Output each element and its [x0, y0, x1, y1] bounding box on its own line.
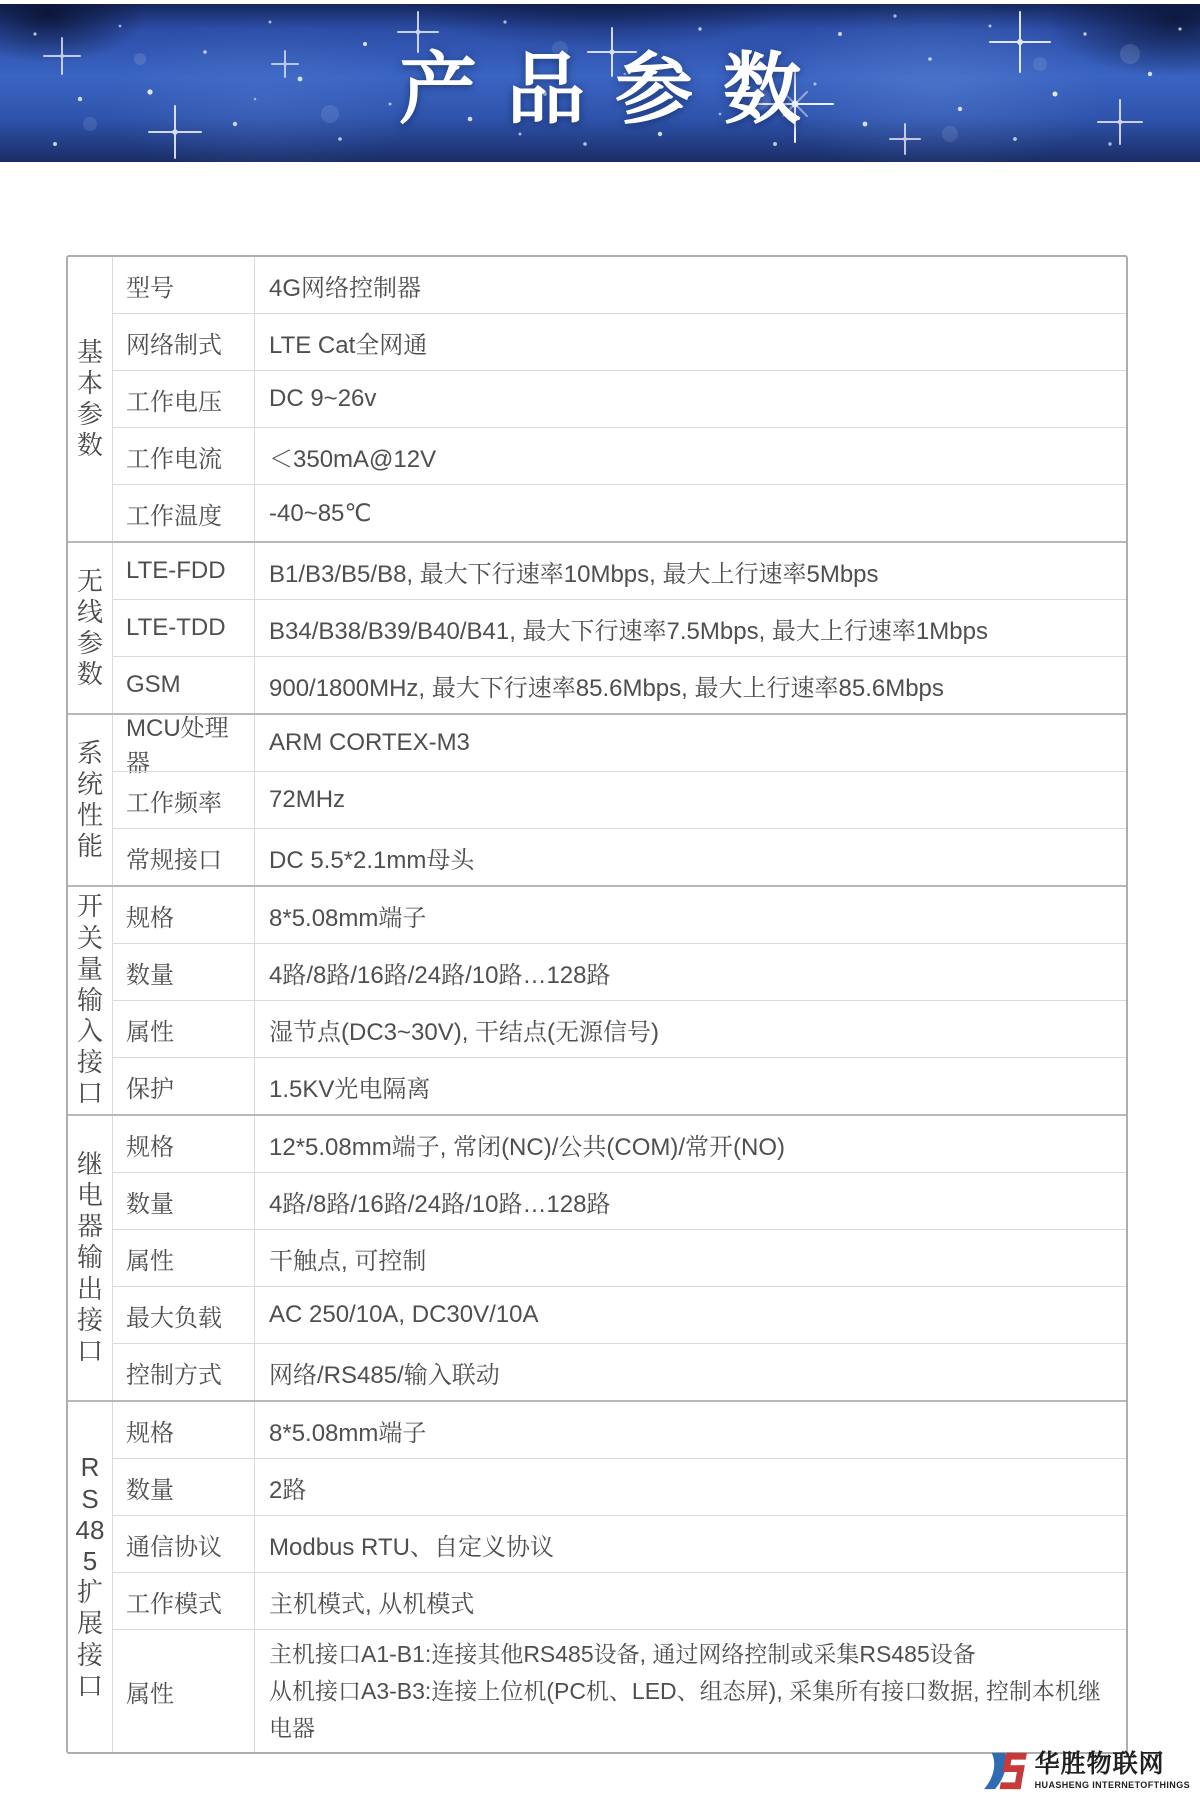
spec-group-wireless: 无线参数 LTE-FDD B1/B3/B5/B8, 最大下行速率10Mbps, … [68, 541, 1126, 713]
group-rows: 型号 4G网络控制器 网络制式 LTE Cat全网通 工作电压 DC 9~26v… [113, 257, 1126, 541]
row-value: 8*5.08mm端子 [255, 887, 1126, 943]
row-value: 2路 [255, 1459, 1126, 1515]
group-rows: 规格 8*5.08mm端子 数量 4路/8路/16路/24路/10路…128路 … [113, 887, 1126, 1114]
spec-table: 基本参数 型号 4G网络控制器 网络制式 LTE Cat全网通 工作电压 DC … [66, 255, 1128, 1754]
table-row: 常规接口 DC 5.5*2.1mm母头 [113, 828, 1126, 885]
spec-group-digital-input: 开关量输入接口 规格 8*5.08mm端子 数量 4路/8路/16路/24路/1… [68, 885, 1126, 1114]
group-label-cell: 基本参数 [68, 257, 113, 541]
table-row: 保护 1.5KV光电隔离 [113, 1057, 1126, 1114]
row-value: 主机模式, 从机模式 [255, 1573, 1126, 1629]
row-value: 72MHz [255, 772, 1126, 828]
table-row: 数量 4路/8路/16路/24路/10路…128路 [113, 943, 1126, 1000]
row-label: 工作模式 [113, 1573, 255, 1629]
row-value: DC 9~26v [255, 371, 1126, 427]
table-row: 网络制式 LTE Cat全网通 [113, 313, 1126, 370]
group-rows: MCU处理器 ARM CORTEX-M3 工作频率 72MHz 常规接口 DC … [113, 715, 1126, 885]
table-row: 型号 4G网络控制器 [113, 257, 1126, 313]
table-row: 属性 主机接口A1-B1:连接其他RS485设备, 通过网络控制或采集RS485… [113, 1629, 1126, 1752]
row-label: 控制方式 [113, 1344, 255, 1400]
table-row: 通信协议 Modbus RTU、自定义协议 [113, 1515, 1126, 1572]
row-value-line-2: 从机接口A3-B3:连接上位机(PC机、LED、组态屏), 采集所有接口数据, … [269, 1673, 1116, 1747]
group-rows: 规格 12*5.08mm端子, 常闭(NC)/公共(COM)/常开(NO) 数量… [113, 1116, 1126, 1400]
page-title: 产品参数 [0, 4, 1200, 162]
group-label: RS485扩展接口 [75, 1452, 105, 1702]
group-label-cell: 继电器输出接口 [68, 1116, 113, 1400]
row-label: 网络制式 [113, 314, 255, 370]
group-rows: LTE-FDD B1/B3/B5/B8, 最大下行速率10Mbps, 最大上行速… [113, 543, 1126, 713]
row-value: LTE Cat全网通 [255, 314, 1126, 370]
row-label: 属性 [113, 1001, 255, 1057]
table-row: MCU处理器 ARM CORTEX-M3 [113, 715, 1126, 771]
table-row: 规格 8*5.08mm端子 [113, 887, 1126, 943]
table-row: 数量 4路/8路/16路/24路/10路…128路 [113, 1172, 1126, 1229]
row-value: 主机接口A1-B1:连接其他RS485设备, 通过网络控制或采集RS485设备 … [255, 1630, 1126, 1752]
row-value: 网络/RS485/输入联动 [255, 1344, 1126, 1400]
table-row: 工作频率 72MHz [113, 771, 1126, 828]
group-label: 开关量输入接口 [75, 891, 105, 1109]
banner: 产品参数 [0, 4, 1200, 162]
row-label: 规格 [113, 1402, 255, 1458]
row-label: 型号 [113, 257, 255, 313]
group-label: 无线参数 [75, 566, 105, 691]
group-label: 系统性能 [75, 738, 105, 863]
row-value: 4路/8路/16路/24路/10路…128路 [255, 1173, 1126, 1229]
table-row: 属性 湿节点(DC3~30V), 干结点(无源信号) [113, 1000, 1126, 1057]
row-label: 数量 [113, 1173, 255, 1229]
table-row: LTE-FDD B1/B3/B5/B8, 最大下行速率10Mbps, 最大上行速… [113, 543, 1126, 599]
row-value: 湿节点(DC3~30V), 干结点(无源信号) [255, 1001, 1126, 1057]
table-row: 数量 2路 [113, 1458, 1126, 1515]
row-label: 工作温度 [113, 485, 255, 541]
row-value: ARM CORTEX-M3 [255, 715, 1126, 771]
row-value: 900/1800MHz, 最大下行速率85.6Mbps, 最大上行速率85.6M… [255, 657, 1126, 713]
spec-group-system: 系统性能 MCU处理器 ARM CORTEX-M3 工作频率 72MHz 常规接… [68, 713, 1126, 885]
group-label-cell: 系统性能 [68, 715, 113, 885]
row-value: B1/B3/B5/B8, 最大下行速率10Mbps, 最大上行速率5Mbps [255, 543, 1126, 599]
table-row: GSM 900/1800MHz, 最大下行速率85.6Mbps, 最大上行速率8… [113, 656, 1126, 713]
row-label: 规格 [113, 1116, 255, 1172]
table-row: LTE-TDD B34/B38/B39/B40/B41, 最大下行速率7.5Mb… [113, 599, 1126, 656]
row-label: 工作频率 [113, 772, 255, 828]
spec-group-relay-output: 继电器输出接口 规格 12*5.08mm端子, 常闭(NC)/公共(COM)/常… [68, 1114, 1126, 1400]
group-label: 基本参数 [75, 337, 105, 462]
row-value: 8*5.08mm端子 [255, 1402, 1126, 1458]
huasheng-logo-icon [981, 1751, 1029, 1791]
row-value: 干触点, 可控制 [255, 1230, 1126, 1286]
row-label: 工作电流 [113, 428, 255, 484]
row-label: 属性 [113, 1230, 255, 1286]
group-rows: 规格 8*5.08mm端子 数量 2路 通信协议 Modbus RTU、自定义协… [113, 1402, 1126, 1752]
table-row: 规格 8*5.08mm端子 [113, 1402, 1126, 1458]
row-value: 12*5.08mm端子, 常闭(NC)/公共(COM)/常开(NO) [255, 1116, 1126, 1172]
spec-group-rs485: RS485扩展接口 规格 8*5.08mm端子 数量 2路 通信协议 Modbu… [68, 1400, 1126, 1752]
table-row: 最大负载 AC 250/10A, DC30V/10A [113, 1286, 1126, 1343]
row-value: 1.5KV光电隔离 [255, 1058, 1126, 1114]
brand-logo: 华胜物联网 HUASHENG INTERNETOFTHINGS [981, 1751, 1190, 1791]
row-label: 数量 [113, 1459, 255, 1515]
row-label: 属性 [113, 1630, 255, 1752]
group-label-cell: RS485扩展接口 [68, 1402, 113, 1752]
table-row: 工作电压 DC 9~26v [113, 370, 1126, 427]
row-value: DC 5.5*2.1mm母头 [255, 829, 1126, 885]
row-value: ＜350mA@12V [255, 428, 1126, 484]
table-row: 工作温度 -40~85℃ [113, 484, 1126, 541]
brand-text: 华胜物联网 HUASHENG INTERNETOFTHINGS [1035, 1751, 1190, 1790]
table-row: 工作模式 主机模式, 从机模式 [113, 1572, 1126, 1629]
row-label: GSM [113, 657, 255, 713]
group-label: 继电器输出接口 [75, 1149, 105, 1367]
row-value: 4G网络控制器 [255, 257, 1126, 313]
row-value: Modbus RTU、自定义协议 [255, 1516, 1126, 1572]
table-row: 工作电流 ＜350mA@12V [113, 427, 1126, 484]
row-label: 最大负载 [113, 1287, 255, 1343]
table-row: 控制方式 网络/RS485/输入联动 [113, 1343, 1126, 1400]
row-value: AC 250/10A, DC30V/10A [255, 1287, 1126, 1343]
group-label-cell: 开关量输入接口 [68, 887, 113, 1114]
row-label: 规格 [113, 887, 255, 943]
row-label: 通信协议 [113, 1516, 255, 1572]
spec-group-basic: 基本参数 型号 4G网络控制器 网络制式 LTE Cat全网通 工作电压 DC … [68, 257, 1126, 541]
row-label: LTE-TDD [113, 600, 255, 656]
row-value: B34/B38/B39/B40/B41, 最大下行速率7.5Mbps, 最大上行… [255, 600, 1126, 656]
brand-name: 华胜物联网 [1035, 1751, 1190, 1779]
brand-subtitle: HUASHENG INTERNETOFTHINGS [1035, 1780, 1190, 1790]
row-label: LTE-FDD [113, 543, 255, 599]
row-label: 保护 [113, 1058, 255, 1114]
table-row: 规格 12*5.08mm端子, 常闭(NC)/公共(COM)/常开(NO) [113, 1116, 1126, 1172]
row-label: 工作电压 [113, 371, 255, 427]
row-label: 数量 [113, 944, 255, 1000]
row-value: 4路/8路/16路/24路/10路…128路 [255, 944, 1126, 1000]
row-label: MCU处理器 [113, 715, 255, 771]
row-label: 常规接口 [113, 829, 255, 885]
group-label-cell: 无线参数 [68, 543, 113, 713]
row-value: -40~85℃ [255, 485, 1126, 541]
row-value-line-1: 主机接口A1-B1:连接其他RS485设备, 通过网络控制或采集RS485设备 [269, 1636, 1116, 1673]
table-row: 属性 干触点, 可控制 [113, 1229, 1126, 1286]
